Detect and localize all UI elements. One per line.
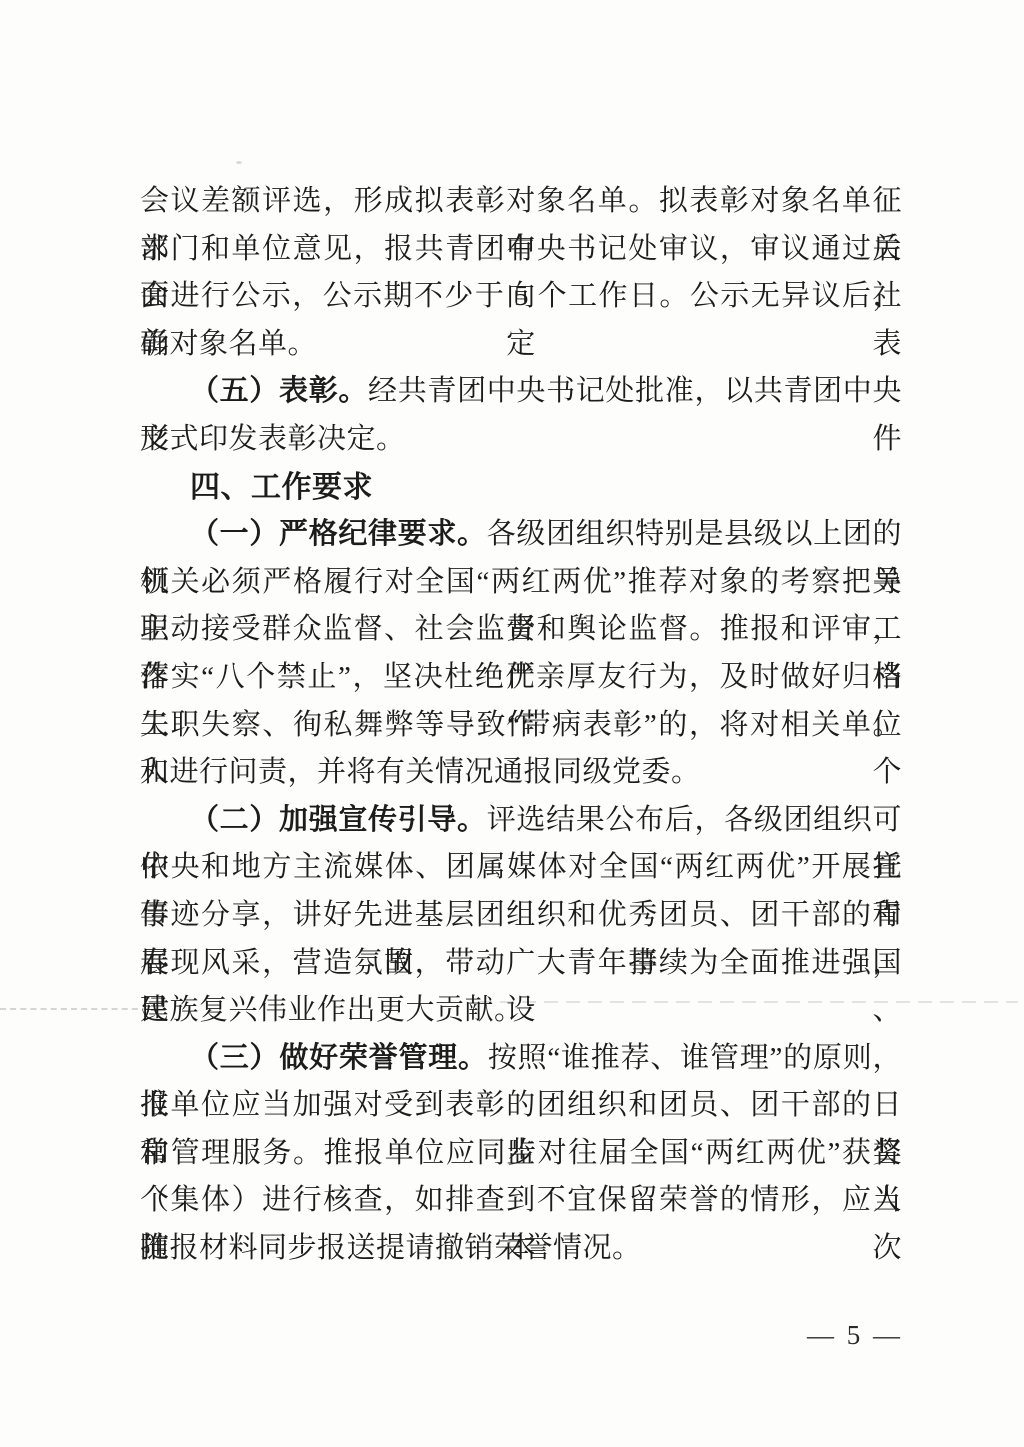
paragraph-lead: （五）表彰。	[190, 375, 368, 407]
document-line: 会议差额评选，形成拟表彰对象名单。拟表彰对象名单征求有关	[140, 178, 902, 226]
body-text: 推报材料同步报送提请撤销荣誉情况。	[140, 1232, 642, 1264]
scan-line-artifact-left	[0, 1008, 148, 1010]
paragraph-lead: （一）严格纪律要求。	[190, 518, 487, 550]
body-text: 民族复兴伟业作出更大贡献。	[140, 994, 524, 1026]
document-line: 机关必须严格履行对全国“两红两优”推荐对象的考察把关职责，	[140, 559, 902, 607]
document-line: 和管理服务。推报单位应同步对往届全国“两红两优”获奖个人	[140, 1130, 902, 1178]
page-number: — 5 —	[790, 1320, 920, 1351]
document-line: 失职失察、徇私舞弊等导致“带病表彰”的，将对相关单位和个	[140, 702, 902, 750]
document-line: 落实“八个禁止”，坚决杜绝优亲厚友行为，及时做好归档工作。	[140, 654, 902, 702]
document-line: （二）加强宣传引导。评选结果公布后，各级团组织可依托	[140, 797, 902, 845]
paragraph-lead: （三）做好荣誉管理。	[190, 1042, 488, 1074]
body-text: 形式印发表彰决定。	[140, 423, 406, 455]
document-line: 部门和单位意见，报共青团中央书记处审议，审议通过后面向社	[140, 226, 902, 274]
document-line: 会进行公示，公示期不少于 5 个工作日。公示无异议后，确定表	[140, 273, 902, 321]
document-line: （三）做好荣誉管理。按照“谁推荐、谁管理”的原则，推	[140, 1035, 902, 1083]
body-text: 彰对象名单。	[140, 328, 317, 360]
document-line: 报单位应当加强对受到表彰的团组织和团员、团干部的日常监督	[140, 1082, 902, 1130]
document-line: 主动接受群众监督、社会监督和舆论监督。推报和评审工作严格	[140, 606, 902, 654]
document-line: （集体）进行核查，如排查到不宜保留荣誉的情形，应当随本次	[140, 1177, 902, 1225]
document-line: 事迹分享，讲好先进基层团组织和优秀团员、团干部的青春故事，	[140, 892, 902, 940]
document-line: （一）严格纪律要求。各级团组织特别是县级以上团的领导	[140, 511, 902, 559]
document-line: 四、工作要求	[140, 464, 902, 512]
scanned-document-page: { "page": { "background": "#fdfdfc", "te…	[0, 0, 1024, 1447]
document-line: 展现风采，营造氛围，带动广大青年持续为全面推进强国建设、	[140, 940, 902, 988]
scan-speck-artifact	[236, 161, 242, 164]
document-line: 中央和地方主流媒体、团属媒体对全国“两红两优”开展宣传和	[140, 844, 902, 892]
paragraph-lead: （二）加强宣传引导。	[190, 804, 487, 836]
document-line: （五）表彰。经共青团中央书记处批准，以共青团中央文件	[140, 368, 902, 416]
body-text: 人进行问责，并将有关情况通报同级党委。	[140, 756, 701, 788]
section-heading: 四、工作要求	[190, 471, 373, 504]
document-body: 会议差额评选，形成拟表彰对象名单。拟表彰对象名单征求有关部门和单位意见，报共青团…	[140, 178, 902, 1273]
